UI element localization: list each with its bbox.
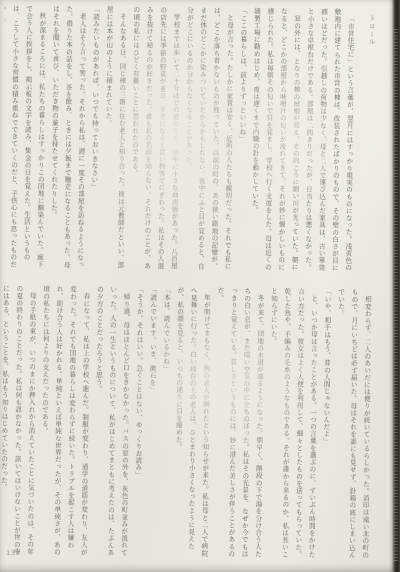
upper-text-block: 「市営住宅に」という言葉が、翌月にはすっかり現実のものになった。浅黄色の敷地内に… <box>2 5 357 274</box>
scanned-book-page: トロール 「市営住宅に」という言葉が、翌月にはすっかり現実のものになった。浅黄色… <box>0 0 400 572</box>
text-line: 「いや、相手はもう、昔の人間じゃないんだよ」 <box>318 288 334 558</box>
text-line: 「ここの暮らしは、前よりずっといいね」 <box>233 7 249 272</box>
text-line: と、いつか母は言ったことがある。一つの言葉を選ぶのに、ずいぶん時間をかけた言い方… <box>264 288 320 559</box>
text-line: 学校までは歩いて二十分ほどの道のりで、途中に小さな商店街があった。八百屋の店先に… <box>126 6 182 272</box>
text-line: 窓の外には、となりの棟の屋根が見え、その向こうに細い川が光っていた。朝になると、… <box>247 8 303 274</box>
text-line: 「市営住宅に」という言葉が、翌月にはすっかり現実のものになった。浅黄色の敷地内に… <box>301 8 357 274</box>
running-head-title: トロール <box>366 15 376 85</box>
text-line: 「読んでいます。いま、漱石を」 <box>143 286 159 556</box>
lower-text-block: 相変わらず、二人のあいだには便りが続いているらしかった。消印は遠い北の町のもので… <box>0 285 374 559</box>
text-line: 春になって、私は上の学校へ進んだ。制服が変わり、通学の道筋が変わり、友人が変わっ… <box>36 285 92 556</box>
text-line: 秋が深まるころには、私たちの暮らしはすっかりこの団地に馴染んでいた。廊下で会う人… <box>2 5 48 270</box>
text-line: 年が明けてまもなく、例の老人が倒れたという知らせが来た。私は母と二人で病院へ見舞… <box>170 287 213 557</box>
page-content: トロール 「市営住宅に」という言葉が、翌月にはすっかり現実のものになった。浅黄色… <box>0 0 400 572</box>
text-line: 冬が来て、団地の水道が凍るようになった。朝早く、階段の下で湯を分け合う人たちの白… <box>210 287 266 558</box>
text-line: 「読みたいものがあれば、いつでも持っておいきなさい」 <box>86 6 102 271</box>
text-line: 「本は、読んでいるかね」 <box>157 287 173 557</box>
text-line: 老人はそう言って笑った。それから私は、週に一度その部屋を訪ねるようになった。借り… <box>46 5 89 270</box>
text-line: と母が言った。たしかに家賃は安く、近所の人たちも親切だった。それでも私には、どこ… <box>180 7 236 273</box>
text-line: 母の手紙の束が、いつのまにか押入れから消えていたことに気づいたのは、その年の夏の… <box>0 285 39 555</box>
text-line: 相変わらず、二人のあいだには便りが続いているらしかった。消印は遠い北の町のもので… <box>331 288 374 558</box>
text-line: そんなある日、同じ棟の三階に住む老人と知り合った。彼は元教師だといい、部屋には本… <box>99 6 129 271</box>
text-line: 「そうか。それはいい。急ぐことはない、ゆっくりお読み」 <box>130 286 146 556</box>
text-line: 帰り道、母はほとんど口をきかなかった。バスの窓の外を、灰色の町並みが流れていった… <box>90 286 133 556</box>
page-number: 139 <box>6 549 20 557</box>
